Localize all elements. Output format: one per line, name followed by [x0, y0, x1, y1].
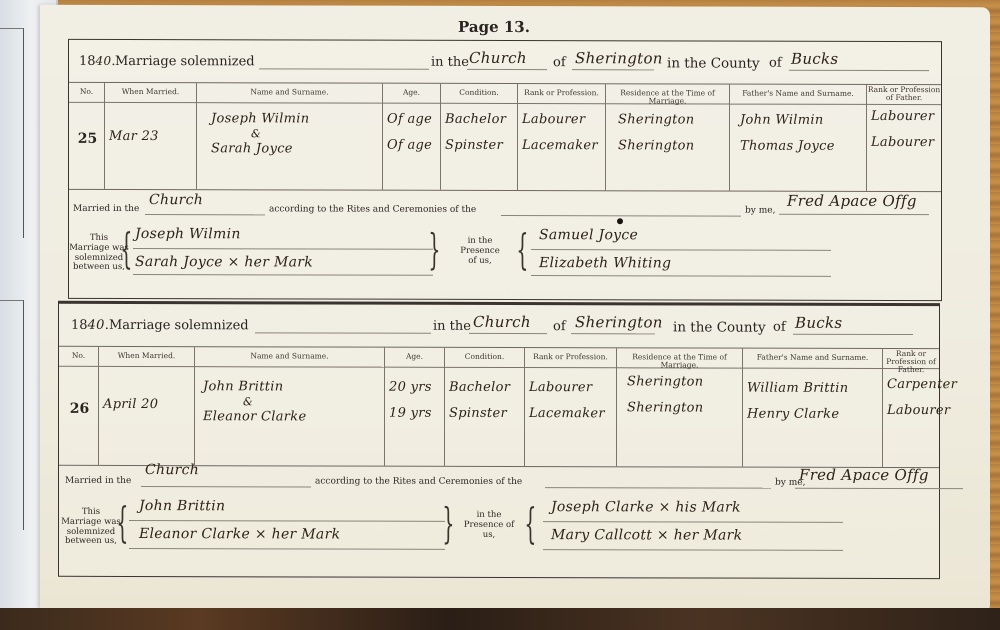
witness-1: Joseph Clarke × his Mark: [551, 499, 741, 515]
witness-2: Mary Callcott × her Mark: [551, 527, 742, 544]
groom-father: William Brittin: [747, 381, 880, 407]
county: Bucks: [795, 314, 842, 332]
bride-age: 19 yrs: [389, 406, 442, 432]
marriage-entry: 1840. Marriage solemnized in the Church …: [58, 301, 940, 579]
register-table: No.25 When Married.Mar 23 Name and Surna…: [69, 82, 941, 192]
married-in: Church: [149, 192, 203, 208]
officiant-signature: Fred Apace Offg: [787, 192, 917, 210]
entry-headline: 1840. Marriage solemnized in the Church …: [59, 304, 939, 348]
ink-blot: [617, 218, 623, 224]
marriage-solemnized-label: Marriage solemnized: [115, 54, 255, 69]
married-in: Church: [145, 462, 199, 478]
entry-year: 1840.: [79, 54, 116, 69]
groom-father-rank: Labourer: [871, 109, 939, 135]
bride-condition: Spinster: [449, 406, 522, 432]
page-number: Page 13.: [458, 18, 530, 36]
groom-residence: Sherington: [618, 112, 727, 138]
bride-rank: Lacemaker: [529, 406, 614, 432]
place-type: Church: [473, 313, 531, 331]
officiant-signature: Fred Apace Offg: [799, 466, 929, 484]
register-page: Page 13. 1840. Marriage solemnized in th…: [40, 5, 990, 611]
place-type: Church: [469, 49, 527, 67]
groom-father-rank: Carpenter: [887, 377, 937, 403]
bride-residence: Sherington: [627, 400, 740, 426]
entry-number: 25: [69, 103, 104, 147]
bride-father: Thomas Joyce: [740, 139, 864, 165]
groom-rank: Labourer: [522, 112, 603, 138]
county: Bucks: [791, 50, 838, 68]
witness-1: Samuel Joyce: [539, 227, 638, 243]
bride-father-rank: Labourer: [887, 403, 937, 429]
register-table: No.26 When Married.April 20 Name and Sur…: [59, 346, 939, 468]
groom-rank: Labourer: [529, 380, 614, 406]
bride-rank: Lacemaker: [522, 138, 603, 164]
groom-age: Of age: [387, 112, 438, 138]
marriage-entry: 1840. Marriage solemnized in the Church …: [68, 39, 942, 301]
bride-name: Eleanor Clarke: [203, 409, 382, 435]
bride-residence: Sherington: [618, 138, 727, 164]
groom-signature: John Brittin: [139, 498, 225, 514]
groom-residence: Sherington: [627, 374, 740, 400]
book-bottom-edge: [0, 608, 1000, 630]
groom-signature: Joseph Wilmin: [135, 226, 241, 242]
groom-condition: Bachelor: [449, 380, 522, 406]
groom-age: 20 yrs: [389, 380, 442, 406]
marriage-date: April 20: [99, 367, 194, 412]
bride-father-rank: Labourer: [871, 135, 939, 161]
witness-2: Elizabeth Whiting: [539, 255, 671, 271]
facing-page-table-fragment: [0, 300, 24, 530]
facing-page-table-fragment: [0, 28, 24, 238]
groom-father: John Wilmin: [740, 113, 864, 139]
bride-father: Henry Clarke: [747, 407, 880, 433]
groom-condition: Bachelor: [445, 112, 515, 138]
bride-signature: Sarah Joyce × her Mark: [135, 254, 313, 270]
bride-name: Sarah Joyce: [211, 141, 380, 167]
parish: Sherington: [575, 313, 663, 331]
parish: Sherington: [575, 49, 663, 67]
marriage-date: Mar 23: [105, 103, 196, 144]
entry-year: 1840.: [71, 318, 109, 333]
bride-signature: Eleanor Clarke × her Mark: [139, 526, 340, 543]
entry-number: 26: [59, 367, 98, 417]
bride-condition: Spinster: [445, 138, 515, 164]
entry-headline: 1840. Marriage solemnized in the Church …: [69, 40, 941, 84]
marriage-solemnized-label: Marriage solemnized: [109, 318, 249, 333]
bride-age: Of age: [387, 138, 438, 164]
